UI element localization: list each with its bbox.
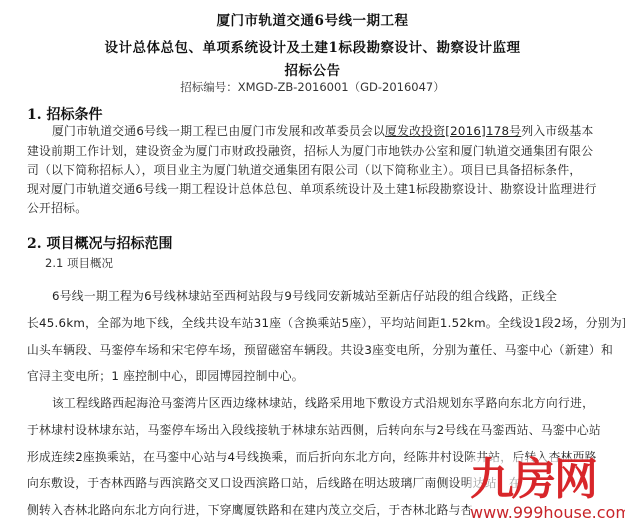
paragraph-text: 厦门市轨道交通6号线一期工程已由厦门市发展和改革委员会以 <box>52 124 385 138</box>
section-2-paragraph-line: 官浔主变电所；1 座控制中心，即园博园控制中心。 <box>27 367 304 384</box>
section-1-paragraph-line: 建设前期工作计划，建设资金为厦门市财政投融资，招标人为厦门市地铁办公室和厦门轨道… <box>27 142 593 159</box>
doc-title-line-1: 厦门市轨道交通6号线一期工程 <box>0 9 625 29</box>
watermark-url: www.999house.com <box>470 503 625 522</box>
section-2-1-subheading: 2.1 项目概况 <box>45 255 113 271</box>
bid-number: 招标编号：XMGD-ZB-2016001（GD-2016047） <box>0 79 625 95</box>
section-2-paragraph-line: 长45.6km，全部为地下线，全线共设车站31座（含换乘站5座），平均站间距1.… <box>27 314 625 331</box>
section-2-paragraph-line: 形成连续2座换乘站，在马銮中心站与4号线换乘，而后折向东北方向，经陈井村设陈井站… <box>27 448 597 465</box>
doc-title-line-2: 设计总体总包、单项系统设计及土建1标段勘察设计、勘察设计监理 <box>0 36 625 56</box>
doc-title-line-3: 招标公告 <box>0 59 625 79</box>
section-2-paragraph-line: 该工程线路西起海沧马銮湾片区西边缘林埭站，线路采用地下敷设方式沿规划东孚路向东北… <box>52 394 594 411</box>
section-1-paragraph-line: 公开招标。 <box>27 199 87 216</box>
document-page: 厦门市轨道交通6号线一期工程 设计总体总包、单项系统设计及土建1标段勘察设计、勘… <box>0 0 625 525</box>
approval-document-number: 厦发改投资[2016]178号 <box>385 124 521 138</box>
site-watermark: 九房网 www.999house.com <box>470 458 620 524</box>
section-2-paragraph-line: 侧转入杏林北路向东北方向行进，下穿鹰厦铁路和在建内茂立交后，于杏林北路与杏 <box>27 501 473 518</box>
section-1-heading: 1. 招标条件 <box>27 104 103 124</box>
section-2-paragraph-line: 向东敷设，于杏林西路与西滨路交叉口设西滨路口站，后线路在明达玻璃厂南侧设明达站，… <box>27 474 521 491</box>
section-1-paragraph-line: 厦门市轨道交通6号线一期工程已由厦门市发展和改革委员会以厦发改投资[2016]1… <box>52 122 594 139</box>
paragraph-text: 列入市级基本 <box>521 124 593 138</box>
section-2-paragraph-line: 6号线一期工程为6号线林埭站至西柯站段与9号线同安新城站至新店仔站段的组合线路，… <box>52 287 557 304</box>
section-2-paragraph-line: 山头车辆段、马銮停车场和宋宅停车场，预留磁窑车辆段。共设3座变电所，分别为董任、… <box>27 341 613 358</box>
section-1-paragraph-line: 司（以下简称招标人），项目业主为厦门轨道交通集团有限公司（以下简称业主）。项目已… <box>27 161 581 178</box>
section-2-heading: 2. 项目概况与招标范围 <box>27 233 173 253</box>
section-1-paragraph-line: 现对厦门市轨道交通6号线一期工程设计总体总包、单项系统设计及土建1标段勘察设计、… <box>27 180 597 197</box>
section-2-paragraph-line: 于林埭村设林埭东站，马銮停车场出入段线接轨于林埭东站西侧，后转向东与2号线在马銮… <box>27 421 601 438</box>
